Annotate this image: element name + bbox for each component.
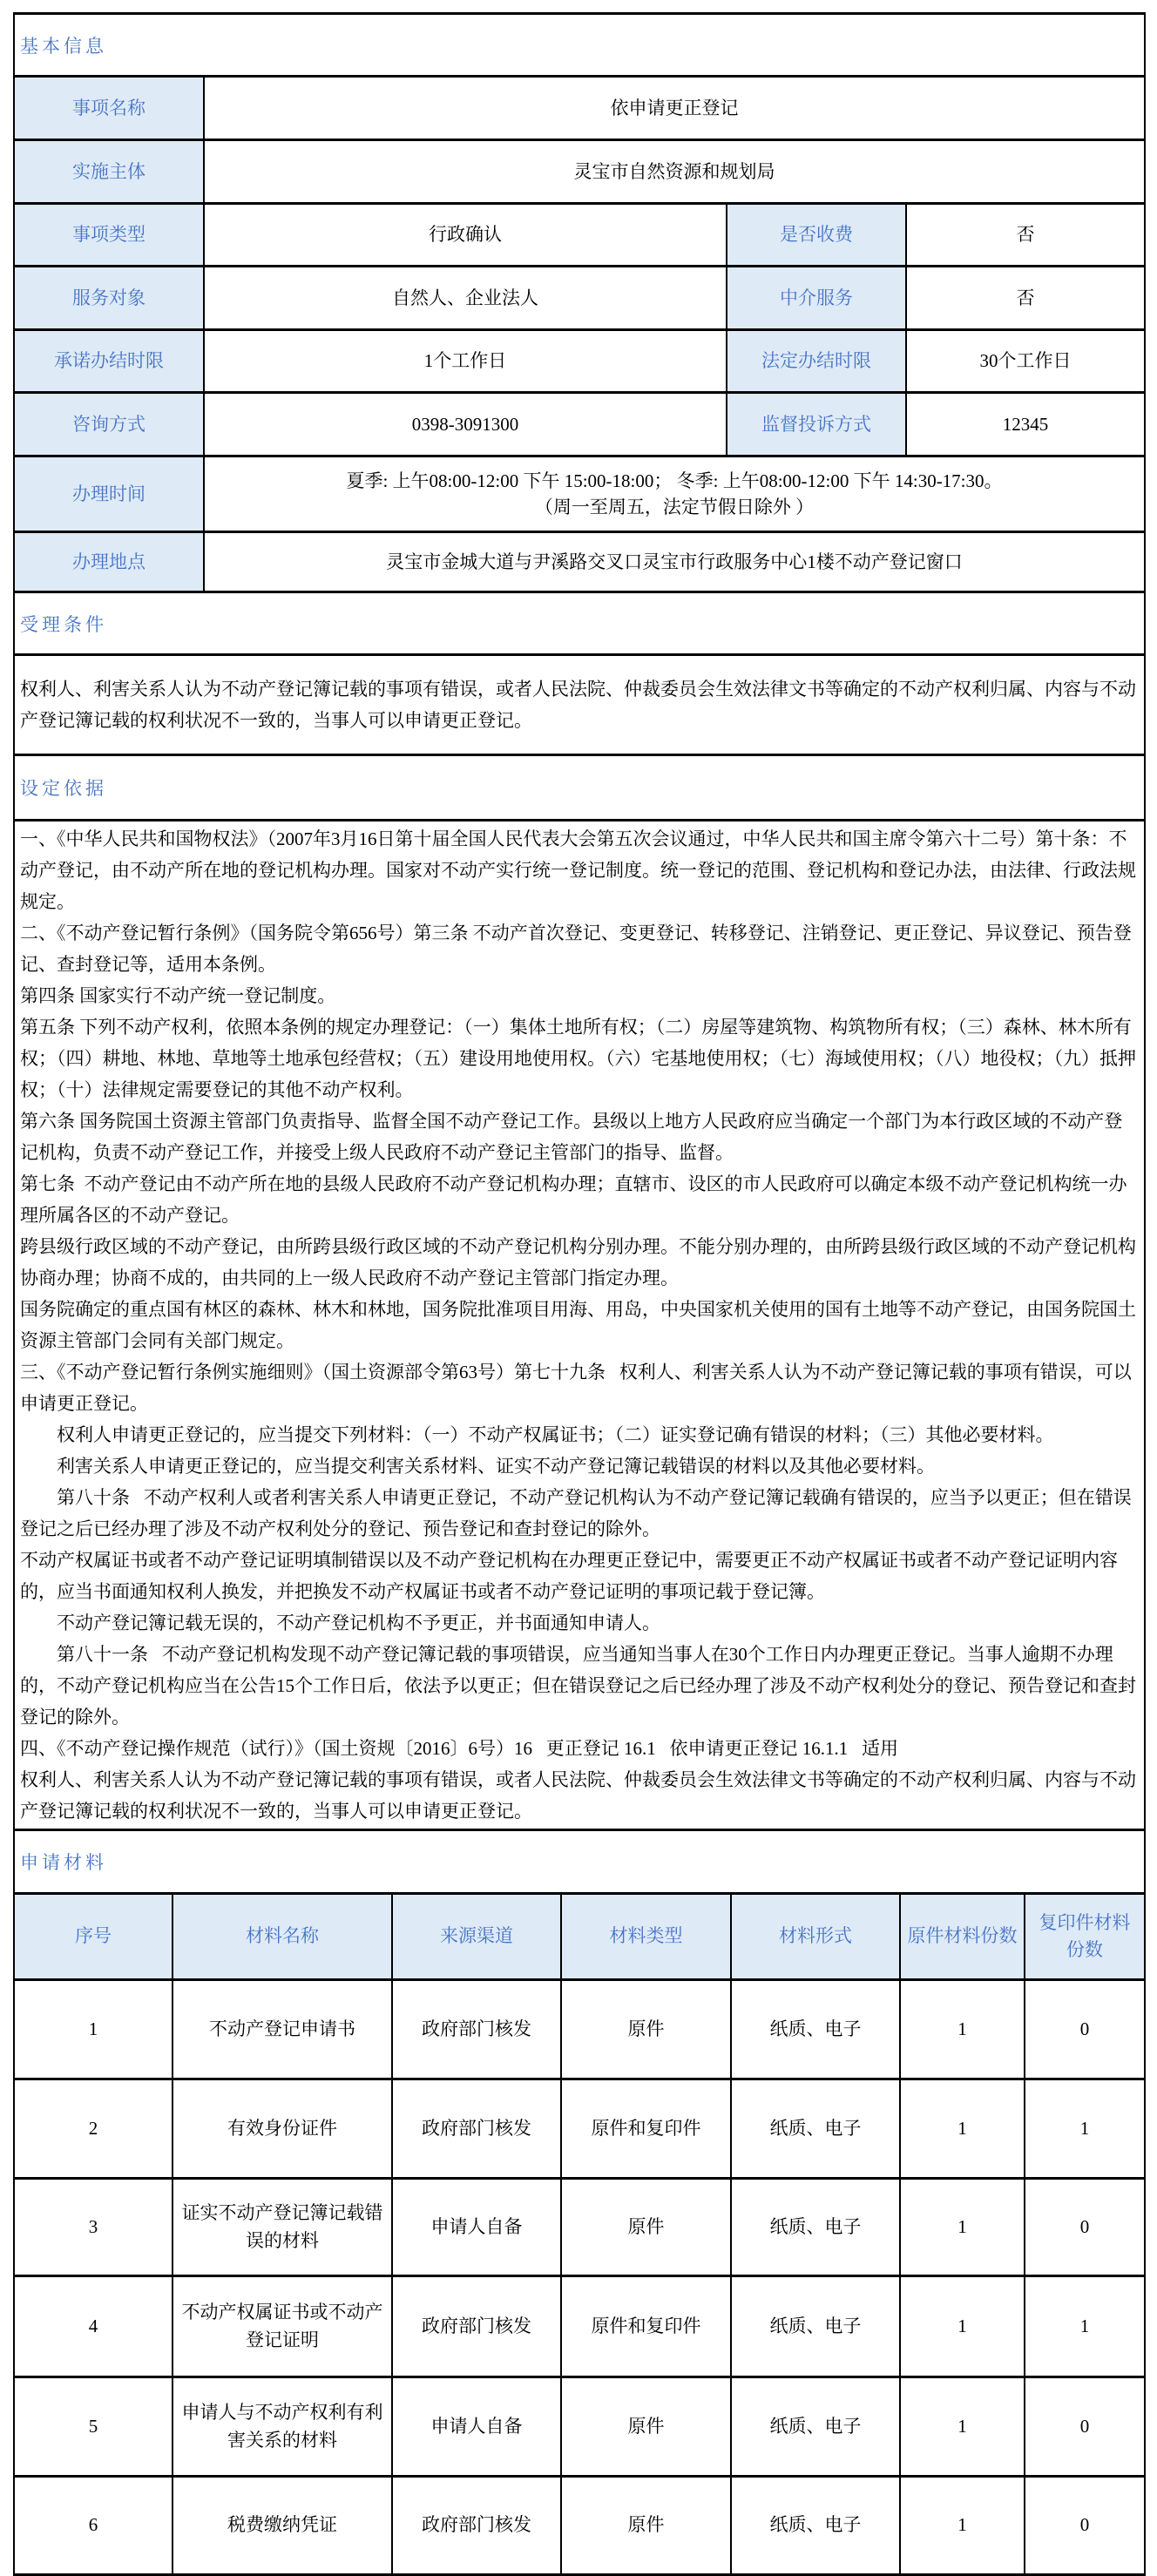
field-label-item-type: 事项类型 — [14, 204, 204, 267]
materials-col-header-index: 序号 — [14, 1894, 173, 1980]
material-row: 1 不动产登记申请书 政府部门核发 原件 纸质、电子 1 0 — [14, 1980, 1145, 2079]
table-row: 事项类型 行政确认 是否收费 否 — [14, 204, 1145, 267]
table-row: 办理地点 灵宝市金城大道与尹溪路交叉口灵宝市行政服务中心1楼不动产登记窗口 — [14, 532, 1145, 592]
field-label-promised-time: 承诺办结时限 — [14, 330, 204, 393]
material-original-qty: 1 — [900, 2079, 1025, 2179]
materials-header-row: 序号 材料名称 来源渠道 材料类型 材料形式 原件材料份数 复印件材料份数 — [14, 1894, 1145, 1980]
material-index: 4 — [14, 2276, 173, 2377]
section-header-row: 申请材料 — [14, 1830, 1145, 1894]
material-form: 纸质、电子 — [731, 2377, 900, 2477]
legal-paragraph: 一、《中华人民共和国物权法》（2007年3月16日第十届全国人民代表大会第五次会… — [20, 823, 1139, 917]
material-source: 申请人自备 — [392, 2179, 561, 2276]
application-materials-table: 申请材料 序号 材料名称 来源渠道 材料类型 材料形式 原件材料份数 复印件材料… — [13, 1829, 1146, 2576]
material-original-qty: 1 — [900, 2276, 1025, 2377]
material-form: 纸质、电子 — [731, 2079, 900, 2179]
legal-paragraph: 权利人申请更正登记的，应当提交下列材料：（一）不动产权属证书；（二）证实登记确有… — [20, 1419, 1139, 1450]
legal-paragraph: 权利人、利害关系人认为不动产登记簿记载的事项有错误，或者人民法院、仲裁委员会生效… — [20, 1764, 1139, 1827]
legal-paragraph: 跨县级行政区域的不动产登记，由所跨县级行政区域的不动产登记机构分别办理。不能分别… — [20, 1231, 1139, 1294]
legal-paragraph: 不动产登记簿记载无误的，不动产登记机构不予更正，并书面通知申请人。 — [20, 1607, 1139, 1639]
material-type: 原件和复印件 — [561, 2276, 731, 2377]
field-value-implementing-body: 灵宝市自然资源和规划局 — [204, 140, 1145, 204]
materials-col-header-source: 来源渠道 — [392, 1894, 561, 1980]
field-value-charge: 否 — [906, 204, 1145, 267]
field-label-office-hours: 办理时间 — [14, 456, 204, 532]
material-index: 1 — [14, 1980, 173, 2079]
material-type: 原件 — [561, 2179, 731, 2276]
material-form: 纸质、电子 — [731, 2276, 900, 2377]
legal-paragraph: 三、《不动产登记暂行条例实施细则》（国土资源部令第63号）第七十九条 权利人、利… — [20, 1356, 1139, 1419]
legal-paragraph: 第八十一条 不动产登记机构发现不动产登记簿记载的事项错误，应当通知当事人在30个… — [20, 1639, 1139, 1733]
table-row: 权利人、利害关系人认为不动产登记簿记载的事项有错误，或者人民法院、仲裁委员会生效… — [14, 655, 1145, 755]
material-name: 不动产权属证书或不动产登记证明 — [173, 2276, 392, 2377]
field-value-complaint: 12345 — [906, 393, 1145, 456]
legal-paragraph: 第五条 下列不动产权利，依照本条例的规定办理登记：（一）集体土地所有权；（二）房… — [20, 1011, 1139, 1105]
material-original-qty: 1 — [900, 2377, 1025, 2477]
material-copy-qty: 0 — [1025, 1980, 1145, 2079]
material-row: 5 申请人与不动产权利有利害关系的材料 申请人自备 原件 纸质、电子 1 0 — [14, 2377, 1145, 2477]
materials-col-header-copy-qty: 复印件材料份数 — [1025, 1894, 1145, 1980]
material-copy-qty: 1 — [1025, 2079, 1145, 2179]
material-row: 4 不动产权属证书或不动产登记证明 政府部门核发 原件和复印件 纸质、电子 1 … — [14, 2276, 1145, 2377]
field-value-item-type: 行政确认 — [204, 204, 727, 267]
material-row: 3 证实不动产登记簿记载错误的材料 申请人自备 原件 纸质、电子 1 0 — [14, 2179, 1145, 2276]
section-header-row: 基本信息 — [14, 14, 1145, 77]
field-value-consult-phone: 0398-3091300 — [204, 393, 727, 456]
material-name: 有效身份证件 — [173, 2079, 392, 2179]
material-copy-qty: 0 — [1025, 2477, 1145, 2575]
field-label-implementing-body: 实施主体 — [14, 140, 204, 204]
field-label-charge: 是否收费 — [727, 204, 906, 267]
legal-paragraph: 国务院确定的重点国有林区的森林、林木和林地，国务院批准项目用海、用岛，中央国家机… — [20, 1294, 1139, 1356]
legal-paragraph: 第八十条 不动产权利人或者利害关系人申请更正登记，不动产登记机构认为不动产登记簿… — [20, 1482, 1139, 1545]
material-row: 2 有效身份证件 政府部门核发 原件和复印件 纸质、电子 1 1 — [14, 2079, 1145, 2179]
table-row: 咨询方式 0398-3091300 监督投诉方式 12345 — [14, 393, 1145, 456]
material-copy-qty: 0 — [1025, 2179, 1145, 2276]
material-name: 税费缴纳凭证 — [173, 2477, 392, 2575]
field-value-item-name: 依申请更正登记 — [204, 77, 1145, 140]
field-value-intermediary: 否 — [906, 267, 1145, 330]
material-type: 原件 — [561, 2377, 731, 2477]
field-value-promised-time: 1个工作日 — [204, 330, 727, 393]
field-value-office-hours: 夏季: 上午08:00-12:00 下午 15:00-18:00； 冬季: 上午… — [204, 456, 1145, 532]
field-label-legal-time: 法定办结时限 — [727, 330, 906, 393]
material-original-qty: 1 — [900, 1980, 1025, 2079]
service-detail-document: 基本信息 事项名称 依申请更正登记 实施主体 灵宝市自然资源和规划局 事项类型 … — [13, 12, 1144, 2576]
legal-paragraph: 不动产权属证书或者不动产登记证明填制错误以及不动产登记机构在办理更正登记中，需要… — [20, 1545, 1139, 1607]
material-original-qty: 1 — [900, 2477, 1025, 2575]
table-row: 实施主体 灵宝市自然资源和规划局 — [14, 140, 1145, 204]
legal-paragraph: 二、《不动产登记暂行条例》（国务院令第656号）第三条 不动产首次登记、变更登记… — [20, 917, 1139, 980]
material-name: 不动产登记申请书 — [173, 1980, 392, 2079]
material-form: 纸质、电子 — [731, 2477, 900, 2575]
section-header-row: 受理条件 — [14, 592, 1145, 655]
table-row: 承诺办结时限 1个工作日 法定办结时限 30个工作日 — [14, 330, 1145, 393]
material-type: 原件 — [561, 1980, 731, 2079]
section-title-acceptance-conditions: 受理条件 — [14, 592, 1145, 655]
material-form: 纸质、电子 — [731, 1980, 900, 2079]
section-title-basic-info: 基本信息 — [14, 14, 1145, 77]
table-row: 一、《中华人民共和国物权法》（2007年3月16日第十届全国人民代表大会第五次会… — [14, 821, 1145, 1830]
section-title-application-materials: 申请材料 — [14, 1830, 1145, 1894]
materials-col-header-original-qty: 原件材料份数 — [900, 1894, 1025, 1980]
material-index: 5 — [14, 2377, 173, 2477]
material-original-qty: 1 — [900, 2179, 1025, 2276]
material-row: 6 税费缴纳凭证 政府部门核发 原件 纸质、电子 1 0 — [14, 2477, 1145, 2575]
setting-basis-text: 一、《中华人民共和国物权法》（2007年3月16日第十届全国人民代表大会第五次会… — [14, 821, 1145, 1830]
material-type: 原件和复印件 — [561, 2079, 731, 2179]
material-source: 政府部门核发 — [392, 2276, 561, 2377]
legal-paragraph: 利害关系人申请更正登记的，应当提交利害关系材料、证实不动产登记簿记载错误的材料以… — [20, 1450, 1139, 1482]
table-row: 办理时间 夏季: 上午08:00-12:00 下午 15:00-18:00； 冬… — [14, 456, 1145, 532]
material-form: 纸质、电子 — [731, 2179, 900, 2276]
material-source: 申请人自备 — [392, 2377, 561, 2477]
material-index: 6 — [14, 2477, 173, 2575]
legal-paragraph: 第四条 国家实行不动产统一登记制度。 — [20, 980, 1139, 1011]
material-source: 政府部门核发 — [392, 2079, 561, 2179]
material-copy-qty: 1 — [1025, 2276, 1145, 2377]
section-title-setting-basis: 设定依据 — [14, 755, 1145, 821]
field-label-item-name: 事项名称 — [14, 77, 204, 140]
field-label-intermediary: 中介服务 — [727, 267, 906, 330]
legal-paragraph: 第七条 不动产登记由不动产所在地的县级人民政府不动产登记机构办理；直辖市、设区的… — [20, 1168, 1139, 1231]
field-label-service-target: 服务对象 — [14, 267, 204, 330]
materials-col-header-type: 材料类型 — [561, 1894, 731, 1980]
material-name: 申请人与不动产权利有利害关系的材料 — [173, 2377, 392, 2477]
table-row: 事项名称 依申请更正登记 — [14, 77, 1145, 140]
field-value-office-location: 灵宝市金城大道与尹溪路交叉口灵宝市行政服务中心1楼不动产登记窗口 — [204, 532, 1145, 592]
material-type: 原件 — [561, 2477, 731, 2575]
field-value-legal-time: 30个工作日 — [906, 330, 1145, 393]
section-header-row: 设定依据 — [14, 755, 1145, 821]
field-value-service-target: 自然人、企业法人 — [204, 267, 727, 330]
field-label-complaint: 监督投诉方式 — [727, 393, 906, 456]
legal-paragraph: 第六条 国务院国土资源主管部门负责指导、监督全国不动产登记工作。县级以上地方人民… — [20, 1105, 1139, 1168]
material-name: 证实不动产登记簿记载错误的材料 — [173, 2179, 392, 2276]
acceptance-conditions-text: 权利人、利害关系人认为不动产登记簿记载的事项有错误，或者人民法院、仲裁委员会生效… — [14, 655, 1145, 755]
materials-col-header-name: 材料名称 — [173, 1894, 392, 1980]
material-source: 政府部门核发 — [392, 2477, 561, 2575]
field-label-consult-phone: 咨询方式 — [14, 393, 204, 456]
legal-paragraph: 四、《不动产登记操作规范（试行）》（国土资规〔2016〕6号）16 更正登记 1… — [20, 1733, 1139, 1764]
material-index: 3 — [14, 2179, 173, 2276]
basic-info-table: 基本信息 事项名称 依申请更正登记 实施主体 灵宝市自然资源和规划局 事项类型 … — [13, 12, 1146, 1831]
table-row: 服务对象 自然人、企业法人 中介服务 否 — [14, 267, 1145, 330]
material-index: 2 — [14, 2079, 173, 2179]
materials-col-header-form: 材料形式 — [731, 1894, 900, 1980]
material-source: 政府部门核发 — [392, 1980, 561, 2079]
field-label-office-location: 办理地点 — [14, 532, 204, 592]
material-copy-qty: 0 — [1025, 2377, 1145, 2477]
